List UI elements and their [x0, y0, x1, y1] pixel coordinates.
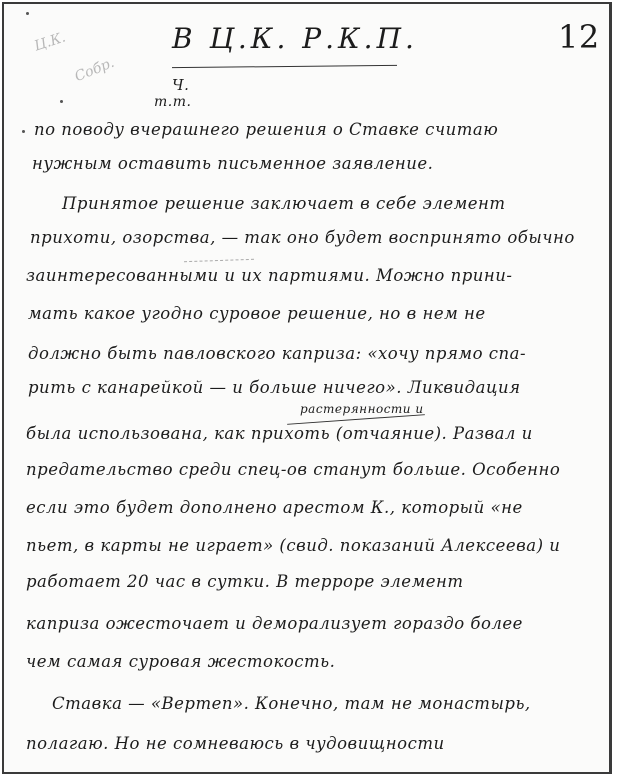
text-line: Принятое решение заключает в себе элемен… [62, 194, 506, 213]
text-line: полагаю. Но не сомневаюсь в чудовищности [26, 734, 445, 753]
text-line: если это будет дополнено арестом К., кот… [26, 498, 523, 517]
text-line: предательство среди спец-ов станут больш… [26, 460, 560, 479]
margin-note-faded-2: Собр. [72, 55, 116, 85]
document-header: В Ц.К. Р.К.П. [172, 22, 418, 55]
text-line: прихоти, озорства, — так оно будет воспр… [30, 228, 575, 247]
ink-speck [60, 100, 63, 103]
text-line: работает 20 час в сутки. В терроре элеме… [26, 572, 464, 591]
text-line: рить с канарейкой — и больше ничего». Ли… [28, 378, 521, 397]
text-line: каприза ожесточает и деморализует горазд… [26, 614, 523, 633]
manuscript-page: Ц.К. Собр. В Ц.К. Р.К.П. 12 Ч. т.т. по п… [2, 2, 612, 774]
ink-speck [22, 130, 25, 133]
margin-note-faded: Ц.К. [32, 29, 67, 54]
text-line: по поводу вчерашнего решения о Ставке сч… [34, 120, 498, 139]
ink-speck [26, 12, 29, 15]
text-line: заинтересованными и их партиями. Можно п… [26, 266, 513, 285]
salutation-line-2: т.т. [154, 94, 191, 110]
faint-mark [184, 259, 254, 262]
text-line: была использована, как прихоть (отчаяние… [26, 424, 533, 443]
text-line: мать какое угодно суровое решение, но в … [28, 304, 486, 323]
text-line: чем самая суровая жестокость. [26, 652, 335, 671]
text-line: должно быть павловского каприза: «хочу п… [28, 344, 526, 363]
page-number: 12 [558, 18, 600, 56]
interlinear-insertion: растерянности и [300, 402, 424, 416]
text-line: Ставка — «Вертеп». Конечно, там не монас… [52, 694, 531, 713]
header-underline [172, 65, 397, 68]
salutation-line-1: Ч. [172, 76, 189, 94]
text-line: пьет, в карты не играет» (свид. показани… [26, 536, 560, 555]
text-line: нужным оставить письменное заявление. [32, 154, 433, 173]
